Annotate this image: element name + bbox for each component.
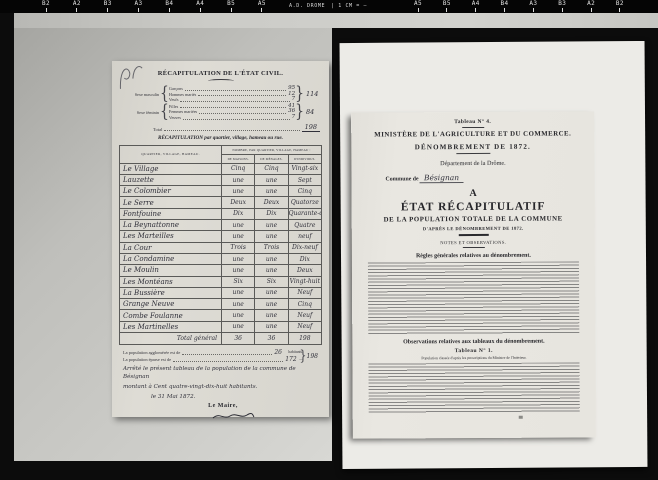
dotted-leader	[199, 113, 286, 114]
tick-mark-icon	[446, 8, 447, 12]
rule-divider	[456, 153, 490, 154]
table-row: La Beynattonne une une Quatre	[120, 220, 322, 231]
printer-mark	[519, 416, 523, 419]
ruler-label: B5	[227, 1, 235, 12]
hamlet-name-cell: Le Moulin	[120, 265, 222, 276]
table-row: Le Moulin une une Deux	[120, 265, 322, 276]
ruler-label: A2	[587, 1, 595, 12]
rules-heading: Règles générales relatives au dénombreme…	[368, 252, 579, 259]
mayor-label: Le Maire,	[183, 403, 263, 409]
column-header-menages: DE MÉNAGES.	[255, 154, 288, 163]
printed-paragraph-block	[368, 261, 579, 334]
tick-mark-icon	[261, 8, 262, 12]
households-cell: Deux	[255, 197, 288, 208]
rule-divider	[462, 127, 484, 128]
total-individuals-cell: 198	[288, 333, 321, 345]
individuals-cell: Quatre	[288, 220, 321, 231]
houses-cell: Dix	[222, 208, 255, 219]
ruler-label-text: B4	[165, 1, 173, 7]
tick-mark-icon	[418, 8, 419, 12]
hamlet-name-cell: Les Marteilles	[120, 231, 222, 242]
ruler-label: B4	[165, 1, 173, 12]
individuals-cell: Vingt-huit	[288, 276, 321, 287]
hamlet-name-cell: Le Village	[120, 163, 222, 174]
table-row: Le Colombier une une Cinq	[120, 186, 322, 197]
tick-mark-icon	[107, 8, 108, 12]
civil-status-summary: Sexe masculin { Garçons 95 Homme	[125, 86, 320, 132]
hamlet-name-cell: Les Montéans	[120, 276, 222, 287]
houses-cell: Six	[222, 276, 255, 287]
agglomerated-label: La population agglomérée est de	[123, 349, 180, 356]
archive-label: A.D. DROME	[289, 3, 325, 9]
tick-mark-icon	[46, 8, 47, 12]
tick-mark-icon	[619, 8, 620, 12]
ruler-label-text: A2	[587, 1, 595, 7]
tick-mark-icon	[200, 8, 201, 12]
ruler-label-text: A5	[414, 1, 422, 7]
households-cell: une	[255, 253, 288, 264]
hamlet-name-cell: Combe Foulanne	[120, 310, 222, 321]
close-brace: }	[300, 347, 307, 365]
dotted-leader	[173, 361, 283, 362]
printed-paragraph-block	[368, 362, 579, 413]
table-row: Le Serre Deux Deux Quatorze	[120, 197, 322, 208]
individuals-cell: neuf	[288, 231, 321, 242]
hamlet-name-cell: La Bussière	[120, 287, 222, 298]
dotted-leader	[182, 354, 272, 355]
commune-line: Commune de Bésignan	[367, 172, 578, 182]
dotted-leader	[185, 90, 286, 91]
ruler-label: A2	[73, 1, 81, 12]
summary-row: Veuves 7	[169, 115, 295, 121]
hamlet-name-cell: Lauzette	[120, 174, 222, 185]
tableau1-label: Tableau N° 1.	[368, 347, 579, 354]
individuals-cell: Neuf	[288, 321, 321, 332]
individuals-cell: Vingt-six	[288, 163, 321, 174]
ruler-label-text: B3	[104, 1, 112, 7]
notes-label: NOTES ET OBSERVATIONS.	[368, 239, 579, 245]
tick-mark-icon	[169, 8, 170, 12]
open-brace: {	[160, 86, 169, 104]
individuals-cell: Dix	[288, 253, 321, 264]
ruler-label-text: B5	[227, 1, 235, 7]
main-subtitle-2: D'APRÈS LE DÉNOMBREMENT DE 1872.	[368, 225, 579, 231]
tick-mark-icon	[591, 8, 592, 12]
table-row: Le Village Cinq Cinq Vingt-six	[120, 163, 322, 174]
agglomerated-value: 26	[274, 349, 286, 356]
hamlet-name-cell: Le Serre	[120, 197, 222, 208]
ruler-label-text: A3	[135, 1, 143, 7]
ruler-label-text: A3	[529, 1, 537, 7]
houses-cell: une	[222, 287, 255, 298]
households-cell: une	[255, 287, 288, 298]
tick-mark-icon	[475, 8, 476, 12]
total-label-cell: Total général	[120, 333, 222, 345]
ruler-label-text: A5	[258, 1, 266, 7]
hamlet-name-cell: Grange Neuve	[120, 299, 222, 310]
ruler-label: A5	[414, 1, 422, 12]
flourish-divider	[208, 79, 234, 83]
houses-cell: une	[222, 174, 255, 185]
main-title: ÉTAT RÉCAPITULATIF	[368, 200, 579, 213]
households-cell: Six	[255, 276, 288, 287]
agglomerated-line: La population agglomérée est de 26 habit…	[123, 349, 303, 356]
female-label: Sexe féminin	[125, 110, 160, 115]
tick-mark-icon	[562, 8, 563, 12]
table-row: La Bussière une une Neuf	[120, 287, 322, 298]
commune-value: Bésignan	[420, 173, 463, 183]
ruler-label: B4	[501, 1, 509, 12]
tick-mark-icon	[231, 8, 232, 12]
close-brace: }	[295, 86, 304, 104]
dotted-leader	[198, 95, 286, 96]
table-row: Les Martinelles une une Neuf	[120, 321, 322, 332]
table-subtitle: RÉCAPITULATION par quartier, village, ha…	[119, 135, 322, 142]
ruler-label-text: B2	[42, 1, 50, 7]
ministry-title: MINISTÈRE DE L'AGRICULTURE ET DU COMMERC…	[367, 130, 578, 138]
film-ruler: B2 A2 B3 A3 B4	[0, 0, 658, 13]
observations-heading: Observations relatives aux tableaux du d…	[368, 338, 579, 345]
male-summary-group: Sexe masculin { Garçons 95 Homme	[125, 86, 320, 103]
total-households-cell: 36	[255, 333, 288, 345]
scattered-value: 172	[285, 356, 297, 363]
main-subtitle: DE LA POPULATION TOTALE DE LA COMMUNE	[368, 215, 579, 223]
households-cell: une	[255, 220, 288, 231]
tick-mark-icon	[504, 8, 505, 12]
column-header-individus: D'INDIVIDUS.	[288, 154, 321, 163]
ruler-label-text: A4	[472, 1, 480, 7]
houses-cell: Trois	[222, 242, 255, 253]
households-cell: Trois	[255, 242, 288, 253]
certification-line-2: montant à Cent quatre-vingt-dix-huit hab…	[123, 384, 320, 392]
civil-total-value: 198	[302, 123, 320, 132]
ruler-label: B2	[616, 1, 624, 12]
houses-cell: Cinq	[222, 163, 255, 174]
individuals-cell: Quarante-deux	[288, 208, 321, 219]
individuals-cell: Cinq	[288, 299, 321, 310]
printed-census-form: Tableau N° 4. MINISTÈRE DE L'AGRICULTURE…	[351, 111, 596, 438]
individuals-cell: Neuf	[288, 287, 321, 298]
page-footer: La population agglomérée est de 26 habit…	[123, 349, 320, 427]
table-row: Les Marteilles une une neuf	[120, 231, 322, 242]
ruler-label: B5	[443, 1, 451, 12]
ruler-label: A3	[135, 1, 143, 12]
individuals-cell: Deux	[288, 265, 321, 276]
open-brace: {	[160, 103, 169, 121]
table-row: Combe Foulanne une une Neuf	[120, 310, 322, 321]
female-total: 84	[306, 108, 320, 116]
ruler-label-text: B4	[501, 1, 509, 7]
mayor-signature	[211, 410, 255, 422]
population-brace-total: } 198	[300, 349, 318, 363]
tableau1-subtitle: Population classée d'après les prescript…	[368, 355, 579, 360]
summary-row-label: Veufs	[169, 97, 179, 103]
hamlet-name-cell: La Cour	[120, 242, 222, 253]
section-letter: A	[368, 187, 579, 199]
ruler-label: A3	[529, 1, 537, 12]
thick-rule-divider	[458, 234, 488, 236]
households-cell: une	[255, 265, 288, 276]
individuals-cell: Sept	[288, 174, 321, 185]
ruler-label-text: B5	[443, 1, 451, 7]
individuals-cell: Neuf	[288, 310, 321, 321]
summary-row-label: Veuves	[169, 115, 181, 121]
hamlet-name-cell: La Condamine	[120, 253, 222, 264]
population-total-value: 198	[307, 353, 318, 360]
individuals-cell: Cinq	[288, 186, 321, 197]
houses-cell: Deux	[222, 197, 255, 208]
civil-total-line: Total 198	[153, 123, 320, 132]
rule-divider	[462, 247, 484, 248]
tick-mark-icon	[138, 8, 139, 12]
houses-cell: une	[222, 220, 255, 231]
dotted-leader	[180, 107, 286, 108]
total-houses-cell: 36	[222, 333, 255, 345]
film-edge-band	[14, 13, 658, 28]
scale-label: | 1 CM = —	[331, 3, 367, 9]
houses-cell: une	[222, 265, 255, 276]
households-cell: une	[255, 321, 288, 332]
houses-cell: une	[222, 253, 255, 264]
hamlet-name-cell: La Beynattonne	[120, 220, 222, 231]
households-cell: une	[255, 310, 288, 321]
left-backing-sheet: RÉCAPITULATION DE L'ÉTAT CIVIL. Sexe mas…	[14, 28, 332, 461]
dotted-leader	[180, 101, 289, 102]
tick-mark-icon	[533, 8, 534, 12]
hamlet-table: QUARTIER, VILLAGE, HAMEAU. NOMBRE, PAR Q…	[119, 145, 322, 345]
table-row: Fontfouine Dix Dix Quarante-deux	[120, 208, 322, 219]
table-row: La Condamine une une Dix	[120, 253, 322, 264]
commune-label: Commune de	[385, 176, 418, 182]
census-title: DÉNOMBREMENT DE 1872.	[367, 142, 578, 151]
hamlet-name-cell: Fontfouine	[120, 208, 222, 219]
ruler-labels-right: A5 B5 A4 B4 A3	[414, 1, 624, 12]
ruler-label-text: A4	[196, 1, 204, 7]
ruler-labels-left: B2 A2 B3 A3 B4	[42, 1, 266, 12]
ruler-label: A4	[196, 1, 204, 12]
households-cell: une	[255, 186, 288, 197]
hamlet-table-head: QUARTIER, VILLAGE, HAMEAU. NOMBRE, PAR Q…	[120, 145, 322, 163]
certification-line-1: Arrêté le présent tableau de la populati…	[123, 366, 320, 381]
tableau-number: Tableau N° 4.	[367, 118, 578, 125]
table-total-row: Total général 36 36 198	[120, 333, 322, 345]
houses-cell: une	[222, 231, 255, 242]
houses-cell: une	[222, 321, 255, 332]
close-brace: }	[295, 103, 304, 121]
table-row: Grange Neuve une une Cinq	[120, 299, 322, 310]
households-cell: Cinq	[255, 163, 288, 174]
date-line: le 31 Mai 1872.	[151, 394, 320, 400]
hamlet-name-cell: Les Martinelles	[120, 321, 222, 332]
houses-cell: une	[222, 299, 255, 310]
houses-cell: une	[222, 186, 255, 197]
ruler-label: A5	[258, 1, 266, 12]
male-rows: Garçons 95 Hommes mariés 12	[169, 86, 295, 103]
male-label: Sexe masculin	[125, 92, 160, 97]
department-line: Département de la Drôme.	[367, 159, 578, 167]
summary-row: Veufs 7	[169, 97, 295, 103]
scattered-line: La population éparse est de 172 —	[123, 356, 303, 363]
houses-cell: une	[222, 310, 255, 321]
dotted-leader	[183, 119, 290, 120]
ruler-label-text: A2	[73, 1, 81, 7]
column-header-maisons: DE MAISONS.	[222, 154, 255, 163]
male-total: 114	[306, 90, 320, 98]
column-group-header: NOMBRE, PAR QUARTIER, VILLAGE, HAMEAU :	[222, 145, 322, 154]
table-row: La Cour Trois Trois Dix-neuf	[120, 242, 322, 253]
ruler-label: B2	[42, 1, 50, 12]
hamlet-name-cell: Le Colombier	[120, 186, 222, 197]
households-cell: une	[255, 299, 288, 310]
table-row: Les Montéans Six Six Vingt-huit	[120, 276, 322, 287]
households-cell: une	[255, 174, 288, 185]
individuals-cell: Dix-neuf	[288, 242, 321, 253]
column-header-quartier: QUARTIER, VILLAGE, HAMEAU.	[120, 145, 222, 163]
female-summary-group: Sexe féminin { Filles 41 Femmes	[125, 104, 320, 121]
households-cell: une	[255, 231, 288, 242]
female-rows: Filles 41 Femmes mariées 36	[169, 104, 295, 121]
dotted-leader	[164, 130, 299, 131]
civil-total-label: Total	[153, 127, 162, 132]
ruler-label: B3	[104, 1, 112, 12]
tick-mark-icon	[76, 8, 77, 12]
individuals-cell: Quatorze	[288, 197, 321, 208]
hamlet-table-body: Le Village Cinq Cinq Vingt-six Lauzette …	[120, 163, 322, 332]
table-row: Lauzette une une Sept	[120, 174, 322, 185]
ruler-label-text: B3	[558, 1, 566, 7]
households-cell: Dix	[255, 208, 288, 219]
ruler-label: A4	[472, 1, 480, 12]
scattered-label: La population éparse est de	[123, 356, 171, 363]
handwritten-census-page: RÉCAPITULATION DE L'ÉTAT CIVIL. Sexe mas…	[112, 61, 329, 417]
ruler-label-text: B2	[616, 1, 624, 7]
microfilm-scan: B2 A2 B3 A3 B4	[0, 0, 658, 480]
ruler-label: B3	[558, 1, 566, 12]
